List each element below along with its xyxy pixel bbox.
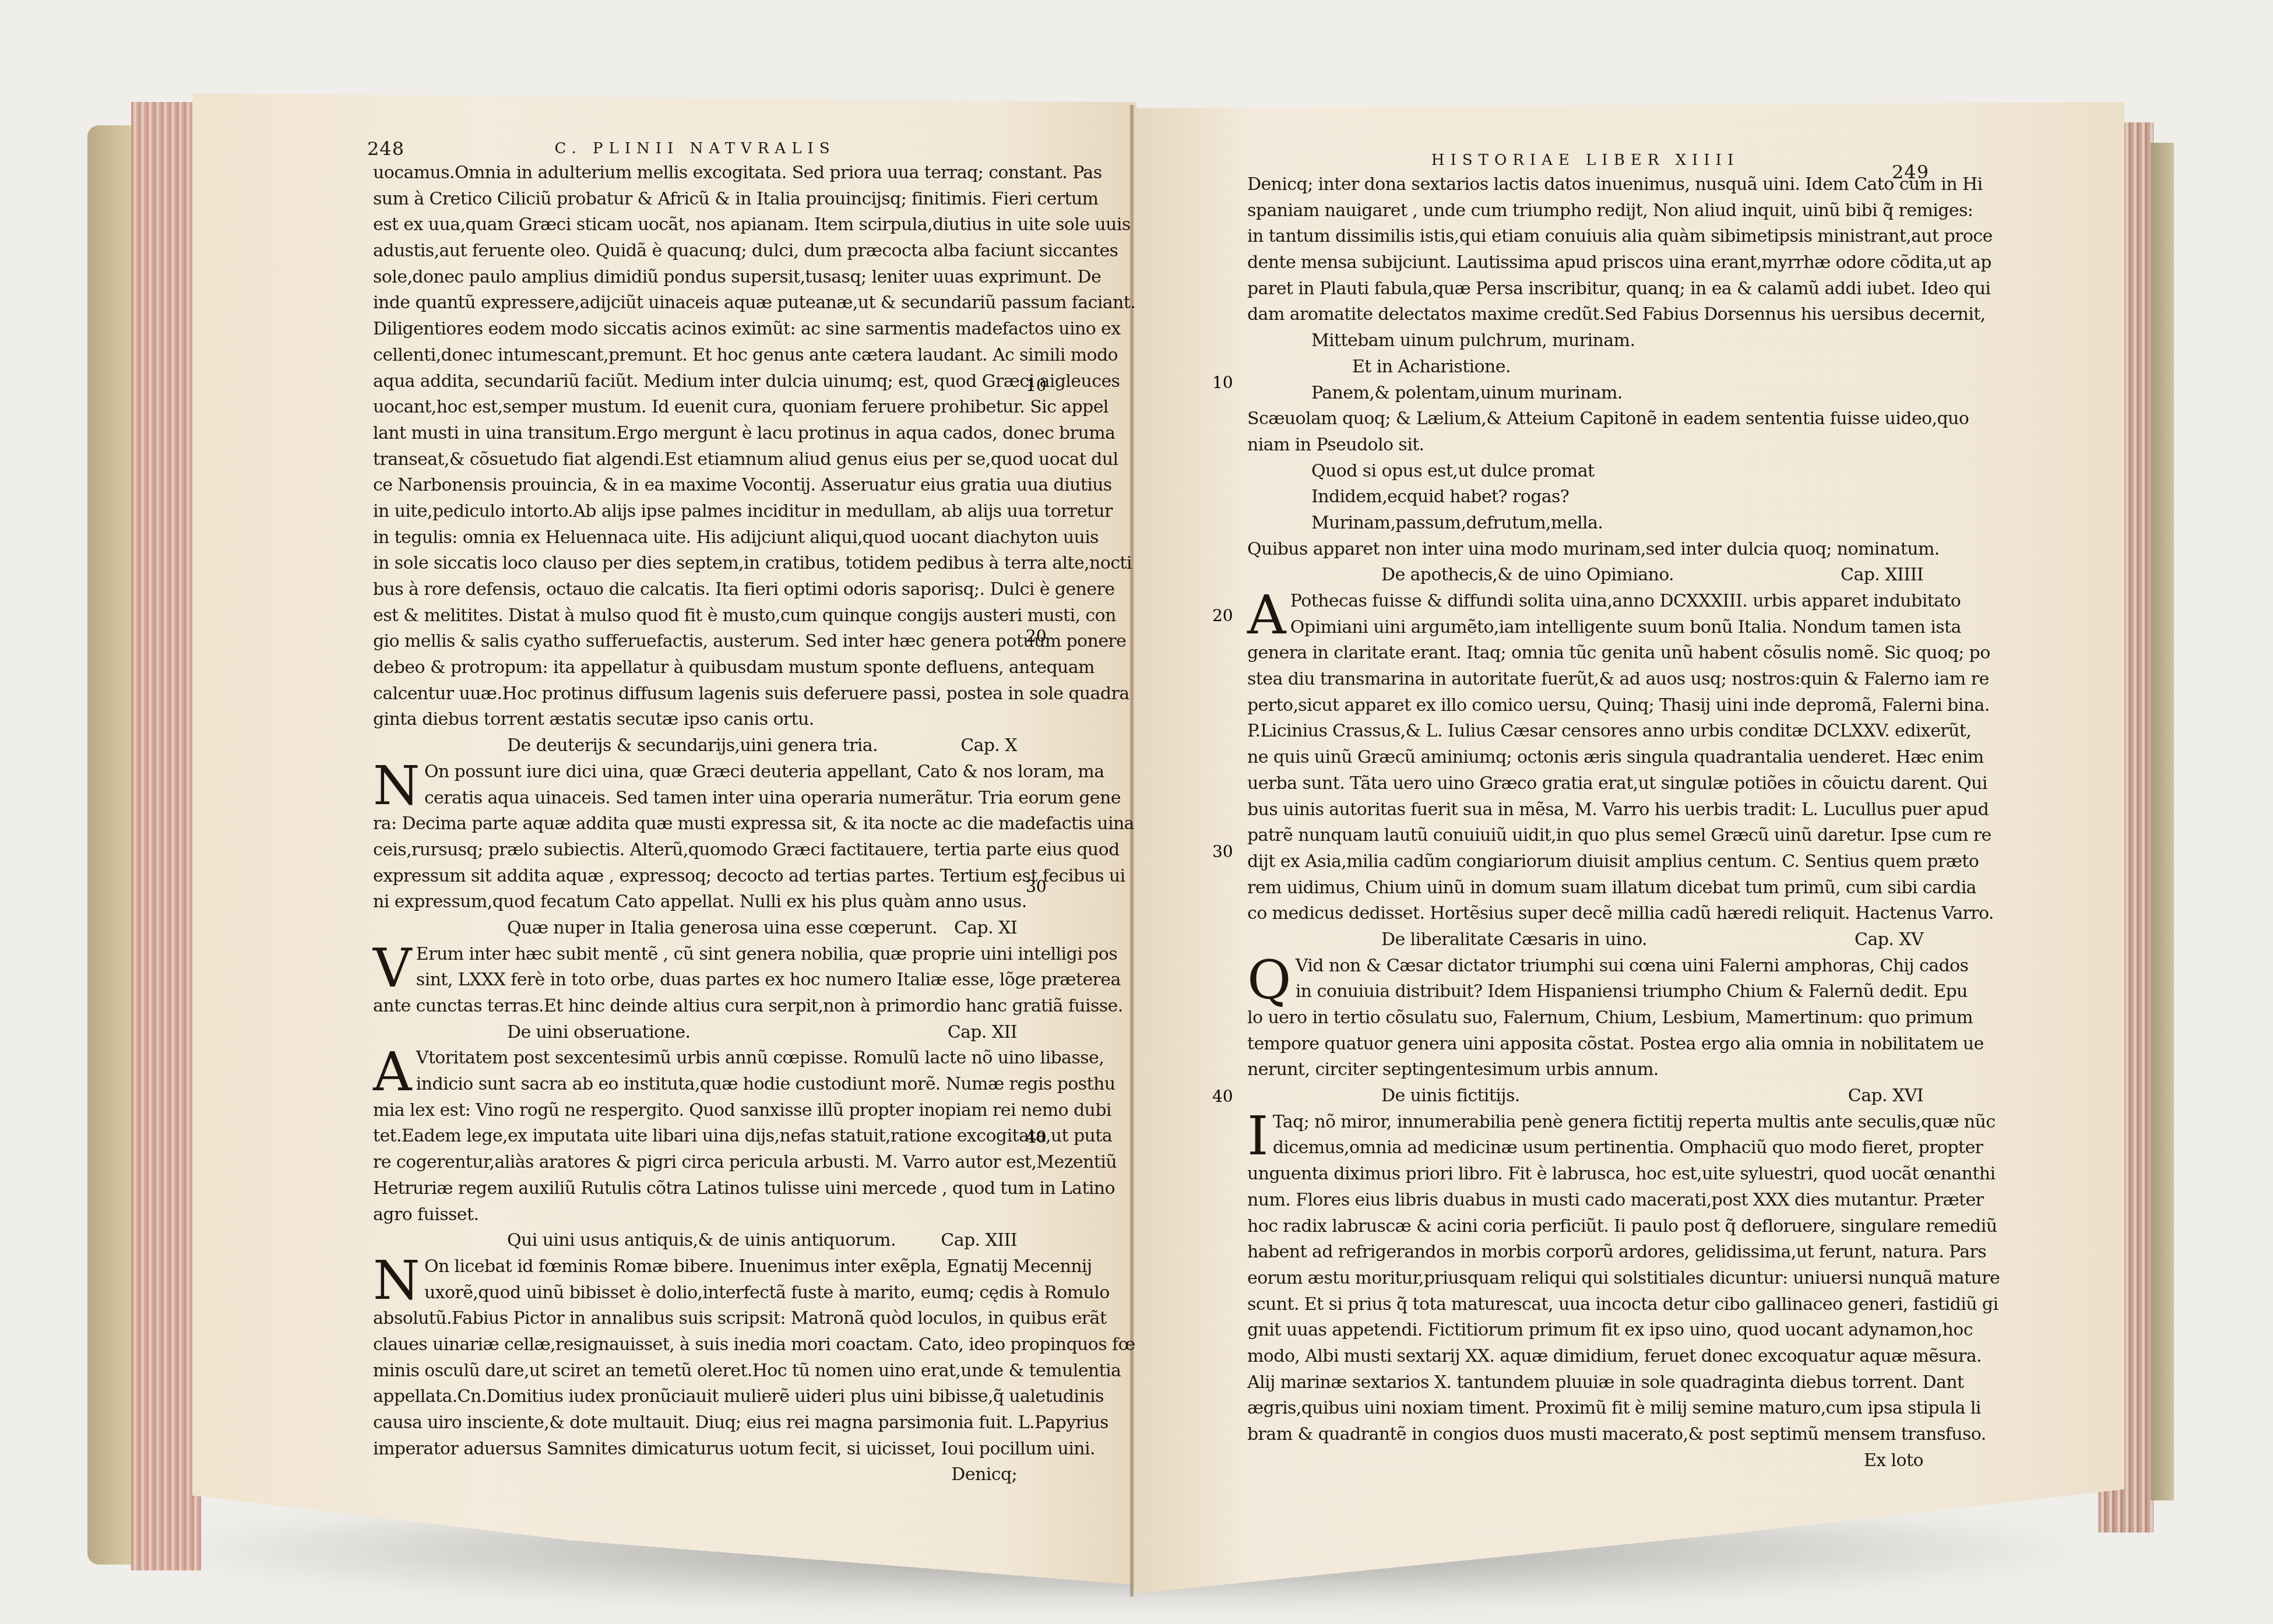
text-line: tempore quatuor genera uini apposita cõs… bbox=[1247, 1031, 1923, 1058]
text-line: lant musti in uina transitum.Ergo mergun… bbox=[373, 421, 1017, 447]
text-line: Diligentiores eodem modo siccatis acinos… bbox=[373, 316, 1017, 343]
text-line: ni expressum,quod fecatum Cato appellat.… bbox=[373, 889, 1017, 915]
line-number-left-10: 10 bbox=[1026, 376, 1047, 395]
text-line: minis osculũ dare,ut sciret an temetũ ol… bbox=[373, 1358, 1017, 1385]
chapter-body: NOn possunt iure dici uina, quæ Græci de… bbox=[373, 759, 1017, 915]
text-line: est ex uua,quam Græci sticam uocãt, nos … bbox=[373, 212, 1017, 238]
running-head-right: HISTORIAE LIBER XIIII 249 bbox=[1247, 149, 1923, 172]
text-line: bus à rore defensis, octauo die calcatis… bbox=[373, 577, 1017, 603]
text-line: re cogerentur,aliàs aratores & pigri cir… bbox=[373, 1150, 1017, 1176]
line-number-left-20: 20 bbox=[1026, 626, 1047, 646]
text-line: cellenti,donec intumescant,premunt. Et h… bbox=[373, 343, 1017, 369]
line-number-left-40: 40 bbox=[1026, 1128, 1047, 1147]
catchword: Ex loto bbox=[1247, 1448, 1923, 1474]
text-line: gnit uuas appetendi. Fictitiorum primum … bbox=[1247, 1317, 1923, 1344]
line-number-right-10: 10 bbox=[1212, 373, 1233, 392]
right-page-text: HISTORIAE LIBER XIIII 249 Denicq; inter … bbox=[1247, 149, 1923, 1474]
text-line: rem uidimus, Chium uinũ in domum suam il… bbox=[1247, 875, 1923, 901]
chapter-body: APothecas fuisse & diffundi solita uina,… bbox=[1247, 589, 1923, 927]
text-line: ginta diebus torrent æstatis secutæ ipso… bbox=[373, 707, 1017, 733]
chapter-number: Cap. XIIII bbox=[1841, 562, 1923, 589]
verse-intro: Et in Acharistione. bbox=[1247, 354, 1923, 381]
text-line: aqua addita, secundariũ faciũt. Medium i… bbox=[373, 369, 1017, 395]
text-line: dam aromatite delectatos maxime credũt.S… bbox=[1247, 302, 1923, 328]
chapter-number: Cap. XII bbox=[948, 1020, 1017, 1046]
text-line: spaniam nauigaret , unde cum triumpho re… bbox=[1247, 198, 1923, 224]
chapter-heading: De liberalitate Cæsaris in uino.Cap. XV bbox=[1247, 927, 1923, 953]
chapter-heading: Qui uini usus antiquis,& de uinis antiqu… bbox=[373, 1228, 1017, 1254]
text-line: causa uiro insciente,& dote multauit. Di… bbox=[373, 1410, 1017, 1436]
catchword: Denicq; bbox=[373, 1462, 1017, 1488]
text-line: On possunt iure dici uina, quæ Græci deu… bbox=[373, 759, 1017, 785]
text-line: Pothecas fuisse & diffundi solita uina,a… bbox=[1247, 589, 1923, 615]
text-line: niam in Pseudolo sit. bbox=[1247, 432, 1923, 459]
text-line: lo uero in tertio cõsulatu suo, Falernum… bbox=[1247, 1005, 1923, 1031]
text-line: ce Narbonensis prouincia, & in ea maxime… bbox=[373, 473, 1017, 499]
text-line: paret in Plauti fabula,quæ Persa inscrib… bbox=[1247, 276, 1923, 302]
text-line: Scæuolam quoq; & Lælium,& Atteium Capito… bbox=[1247, 406, 1923, 432]
text-line: agro fuisset. bbox=[373, 1202, 1017, 1228]
text-line: Vid non & Cæsar dictator triumphi sui cœ… bbox=[1247, 953, 1923, 980]
text-line: Taq; nõ miror, innumerabilia penè genera… bbox=[1247, 1109, 1923, 1136]
text-line: habent ad refrigerandos in morbis corpor… bbox=[1247, 1239, 1923, 1266]
text-line: uocant,hoc est,semper mustum. Id euenit … bbox=[373, 394, 1017, 421]
text-line: Denicq; inter dona sextarios lactis dato… bbox=[1247, 172, 1923, 198]
text-line: indicio sunt sacra ab eo instituta,quæ h… bbox=[373, 1072, 1017, 1098]
text-line: uxorẽ,quod uinũ bibisset è dolio,interfe… bbox=[373, 1280, 1017, 1306]
text-line: sum à Cretico Ciliciũ probatur & Africũ … bbox=[373, 186, 1017, 213]
running-head-right-title: HISTORIAE LIBER XIIII bbox=[1431, 152, 1739, 169]
chapter-title: De deuterijs & secundarijs,uini genera t… bbox=[507, 733, 878, 759]
page-number-left: 248 bbox=[367, 137, 404, 160]
text-line: modo, Albi musti sextarij XX. aquæ dimid… bbox=[1247, 1344, 1923, 1370]
text-line: bus uinis autoritas fuerit sua in mẽsa, … bbox=[1247, 797, 1923, 823]
page-edges-left bbox=[131, 102, 201, 1570]
text-line: Erum inter hæc subit mentẽ , cũ sint gen… bbox=[373, 942, 1017, 968]
text-line: ceis,rursusq; prælo subiectis. Alterũ,qu… bbox=[373, 837, 1017, 864]
chapter-body: NOn licebat id fœminis Romæ bibere. Inue… bbox=[373, 1254, 1017, 1463]
chapter-body: QVid non & Cæsar dictator triumphi sui c… bbox=[1247, 953, 1923, 1083]
text-line: Quibus apparet non inter uina modo murin… bbox=[1247, 537, 1923, 563]
chapter-number: Cap. XV bbox=[1855, 927, 1923, 953]
text-line: adustis,aut feruente oleo. Quidã è quacu… bbox=[373, 238, 1017, 265]
chapter-heading: De uini obseruatione.Cap. XII bbox=[373, 1020, 1017, 1046]
text-line: P.Licinius Crassus,& L. Iulius Cæsar cen… bbox=[1247, 718, 1923, 745]
text-line: in sole siccatis loco clauso per dies se… bbox=[373, 551, 1017, 577]
text-line: in tantum dissimilis istis,qui etiam con… bbox=[1247, 224, 1923, 250]
text-line: tet.Eadem lege,ex imputata uite libari u… bbox=[373, 1123, 1017, 1150]
text-line: uocamus.Omnia in adulterium mellis excog… bbox=[373, 160, 1017, 186]
text-line: ra: Decima parte aquæ addita quæ musti e… bbox=[373, 811, 1017, 837]
text-line: ægris,quibus uini noxiam timent. Proximũ… bbox=[1247, 1396, 1923, 1422]
text-line: est & melitites. Distat à mulso quod fit… bbox=[373, 603, 1017, 629]
text-line: eorum æstu moritur,priusquam reliqui qui… bbox=[1247, 1266, 1923, 1292]
text-line: unguenta diximus priori libro. Fit è lab… bbox=[1247, 1161, 1923, 1188]
chapter-number: Cap. XIII bbox=[941, 1228, 1017, 1254]
verse-line: Indidem,ecquid habet? rogas? bbox=[1247, 484, 1923, 510]
chapter-heading: De deuterijs & secundarijs,uini genera t… bbox=[373, 733, 1017, 759]
text-line: in conuiuia distribuit? Idem Hispaniensi… bbox=[1247, 979, 1923, 1005]
line-number-right-20: 20 bbox=[1212, 606, 1233, 625]
text-line: On licebat id fœminis Romæ bibere. Inuen… bbox=[373, 1254, 1017, 1280]
line-number-left-30: 30 bbox=[1026, 877, 1047, 896]
chapter-body: VErum inter hæc subit mentẽ , cũ sint ge… bbox=[373, 942, 1017, 1020]
text-line: ante cunctas terras.Et hinc deinde altiu… bbox=[373, 994, 1017, 1020]
left-page-text: 248 C. PLINII NATVRALIS uocamus.Omnia in… bbox=[373, 137, 1017, 1488]
chapter-number: Cap. XVI bbox=[1848, 1083, 1923, 1109]
chapter-heading: Quæ nuper in Italia generosa uina esse c… bbox=[373, 915, 1017, 942]
left-page-body: uocamus.Omnia in adulterium mellis excog… bbox=[373, 160, 1017, 1488]
text-line: Opimiani uini argumẽto,iam intelligente … bbox=[1247, 615, 1923, 641]
book-cover-right bbox=[2151, 143, 2174, 1500]
chapter-title: De uini obseruatione. bbox=[507, 1020, 690, 1046]
chapter-title: Quæ nuper in Italia generosa uina esse c… bbox=[507, 915, 937, 942]
text-line: ne quis uinũ Græcũ aminiumq; octonis æri… bbox=[1247, 745, 1923, 771]
chapter-number: Cap. X bbox=[960, 733, 1017, 759]
text-line: in uite,pediculo intorto.Ab alijs ipse p… bbox=[373, 499, 1017, 525]
text-line: scunt. Et si prius q̃ tota maturescat, u… bbox=[1247, 1292, 1923, 1318]
text-line: transeat,& cõsuetudo fiat algendi.Est et… bbox=[373, 447, 1017, 473]
text-line: dicemus,omnia ad medicinæ usum pertinent… bbox=[1247, 1135, 1923, 1161]
text-line: Vtoritatem post sexcentesimũ urbis annũ … bbox=[373, 1045, 1017, 1072]
chapter-title: De liberalitate Cæsaris in uino. bbox=[1381, 927, 1647, 953]
text-line: in tegulis: omnia ex Heluennaca uite. Hi… bbox=[373, 525, 1017, 551]
text-line: uerba sunt. Tãta uero uino Græco gratia … bbox=[1247, 771, 1923, 797]
right-page-body: Denicq; inter dona sextarios lactis dato… bbox=[1247, 172, 1923, 1474]
text-line: Alij marinæ sextarios X. tantundem pluui… bbox=[1247, 1370, 1923, 1396]
chapter-title: De uinis fictitijs. bbox=[1381, 1083, 1520, 1109]
text-line: claues uinariæ cellæ,resignauisset, à su… bbox=[373, 1332, 1017, 1358]
text-line: absolutũ.Fabius Pictor in annalibus suis… bbox=[373, 1306, 1017, 1332]
text-line: num. Flores eius libris duabus in musti … bbox=[1247, 1188, 1923, 1214]
running-head-left: 248 C. PLINII NATVRALIS bbox=[373, 137, 1017, 160]
verse-line: Quod si opus est,ut dulce promat bbox=[1247, 459, 1923, 485]
line-number-right-40: 40 bbox=[1212, 1087, 1233, 1106]
verse-line: Murinam,passum,defrutum,mella. bbox=[1247, 510, 1923, 537]
running-head-left-title: C. PLINII NATVRALIS bbox=[554, 140, 835, 157]
text-line: imperator aduersus Samnites dimicaturus … bbox=[373, 1436, 1017, 1463]
text-line: sint, LXXX ferè in toto orbe, duas parte… bbox=[373, 967, 1017, 994]
chapter-title: Qui uini usus antiquis,& de uinis antiqu… bbox=[507, 1228, 896, 1254]
text-line: sole,donec paulo amplius dimidiũ pondus … bbox=[373, 265, 1017, 291]
text-line: nerunt, circiter septingentesimum urbis … bbox=[1247, 1057, 1923, 1083]
text-line: hoc radix labruscæ & acini coria perfici… bbox=[1247, 1214, 1923, 1240]
text-line: dijt ex Asia,milia cadũm congiariorum di… bbox=[1247, 849, 1923, 875]
text-line: appellata.Cn.Domitius iudex pronũciauit … bbox=[373, 1384, 1017, 1410]
text-line: bram & quadrantẽ in congios duos musti m… bbox=[1247, 1422, 1923, 1448]
text-line: debeo & protropum: ita appellatur à quib… bbox=[373, 655, 1017, 681]
chapter-heading: De apothecis,& de uino Opimiano.Cap. XII… bbox=[1247, 562, 1923, 589]
book-gutter bbox=[1130, 105, 1134, 1597]
chapter-number: Cap. XI bbox=[954, 915, 1017, 942]
text-line: inde quantũ expressere,adijciũt uinaceis… bbox=[373, 290, 1017, 316]
text-line: dente mensa subijciunt. Lautissima apud … bbox=[1247, 250, 1923, 276]
text-line: ceratis aqua uinaceis. Sed tamen inter u… bbox=[373, 785, 1017, 812]
text-line: gio mellis & salis cyatho sufferuefactis… bbox=[373, 629, 1017, 655]
text-line: patrẽ nunquam lautũ conuiuiũ uidit,in qu… bbox=[1247, 823, 1923, 849]
chapter-body: ITaq; nõ miror, innumerabilia penè gener… bbox=[1247, 1109, 1923, 1448]
text-line: mia lex est: Vino rogũ ne respergito. Qu… bbox=[373, 1098, 1017, 1124]
chapter-body: AVtoritatem post sexcentesimũ urbis annũ… bbox=[373, 1045, 1017, 1228]
text-line: expressum sit addita aquæ , expressoq; d… bbox=[373, 864, 1017, 890]
text-line: perto,sicut apparet ex illo comico uersu… bbox=[1247, 693, 1923, 719]
text-line: genera in claritate erant. Itaq; omnia t… bbox=[1247, 640, 1923, 667]
text-line: calcentur uuæ.Hoc protinus diffusum lage… bbox=[373, 681, 1017, 707]
chapter-title: De apothecis,& de uino Opimiano. bbox=[1381, 562, 1674, 589]
chapter-heading: De uinis fictitijs.Cap. XVI bbox=[1247, 1083, 1923, 1109]
line-number-right-30: 30 bbox=[1212, 842, 1233, 861]
text-line: stea diu transmarina in autoritate fuerũ… bbox=[1247, 667, 1923, 693]
text-line: Hetruriæ regem auxiliũ Rutulis cõtra Lat… bbox=[373, 1176, 1017, 1202]
verse-line: Mittebam uinum pulchrum, murinam. bbox=[1247, 328, 1923, 354]
text-line: co medicus dedisset. Hortẽsius super dec… bbox=[1247, 901, 1923, 927]
verse-line: Panem,& polentam,uinum murinam. bbox=[1247, 381, 1923, 407]
